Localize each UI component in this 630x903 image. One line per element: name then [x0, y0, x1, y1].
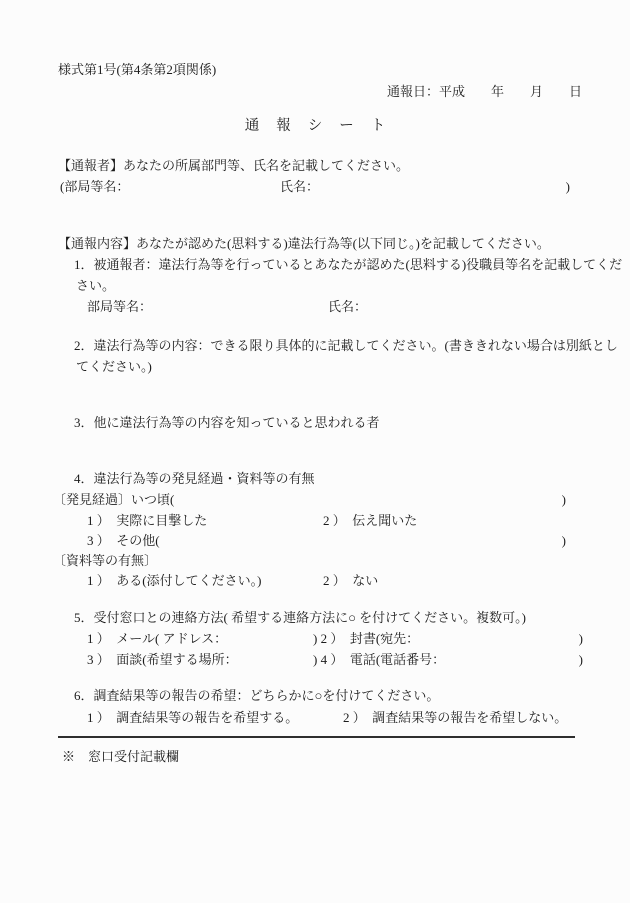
paren-close: ): [562, 492, 566, 508]
materials-heading: 〔資料等の有無〕: [53, 553, 630, 569]
contact-opt-interview: 3 ） 面談(希望する場所：: [87, 652, 238, 668]
item1-dept-label: 部局等名：: [87, 299, 152, 315]
form-title: 通報シート: [0, 118, 630, 134]
report-date: 通報日：平成 年 月 日: [387, 84, 582, 100]
dept-name-label: (部局等名：: [60, 179, 129, 195]
reporter-heading: 【通報者】あなたの所属部門等、氏名を記載してください。: [58, 158, 630, 174]
report-opt-yes: 1 ） 調査結果等の報告を希望する。: [87, 710, 298, 726]
item2-line1: 2．違法行為等の内容：できる限り具体的に記載してください。(書ききれない場合は別…: [74, 338, 630, 354]
discovery-opt-witnessed: 1 ） 実際に目撃した: [87, 513, 207, 529]
item1-name-label: 氏名：: [328, 299, 367, 315]
contact-opt-phone: ) 4 ） 電話(電話番号：: [313, 652, 445, 668]
discovery-opt-heard: 2 ） 伝え聞いた: [323, 513, 417, 529]
paren-close: ): [579, 631, 583, 647]
paren-close: ): [566, 179, 570, 195]
form-number: 様式第1号(第4条第2項関係): [58, 62, 630, 78]
paren-close: ): [579, 652, 583, 668]
materials-opt-no: 2 ） ない: [323, 573, 378, 589]
item3-line: 3．他に違法行為等の内容を知っていると思われる者: [74, 415, 630, 431]
item4-heading: 4．違法行為等の発見経過・資料等の有無: [74, 471, 630, 487]
item6-heading: 6．調査結果等の報告の希望：どちらかに○を付けてください。: [74, 688, 630, 704]
reception-note: ※ 窓口受付記載欄: [62, 749, 630, 765]
contact-opt-letter: ) 2 ） 封書(宛先：: [313, 631, 419, 647]
discovery-label: 〔発見経過〕いつ頃(: [53, 492, 174, 508]
materials-options-row: 1 ） ある(添付してください。) 2 ） ない: [0, 573, 630, 637]
name-label: 氏名：: [280, 179, 319, 195]
contact-opt-mail: 1 ） メール( アドレス：: [87, 631, 227, 647]
materials-opt-yes: 1 ） ある(添付してください。): [87, 573, 261, 589]
report-opt-no: 2 ） 調査結果等の報告を希望しない。: [343, 710, 567, 726]
item2-line2: てください。): [76, 359, 630, 375]
item1-line2: さい。: [76, 278, 630, 294]
content-heading: 【通報内容】あなたが認めた(思料する)違法行為等(以下同じ。)を記載してください…: [58, 236, 630, 252]
paren-close: ): [562, 533, 566, 549]
divider-line: [58, 736, 575, 738]
discovery-opt-other: 3 ） その他(: [87, 533, 160, 549]
item5-heading: 5．受付窓口との連絡方法( 希望する連絡方法に○ を付けてください。複数可。): [74, 610, 630, 626]
report-sheet-page: 様式第1号(第4条第2項関係) 通報日：平成 年 月 日 通報シート 【通報者】…: [0, 0, 630, 903]
item1-line1: 1．被通報者：違法行為等を行っているとあなたが認めた(思料する)役職員等名を記載…: [74, 257, 630, 273]
